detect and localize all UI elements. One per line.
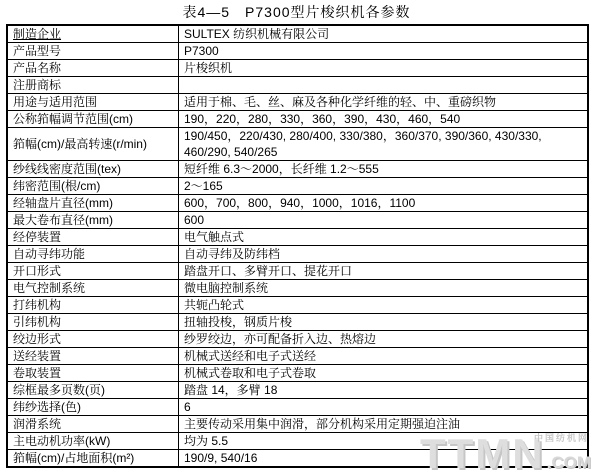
- param-value: 自动寻纬及防纬档: [179, 246, 589, 263]
- table-row: 润滑系统主要传动采用集中润滑，部分机构采用定期强迫注油: [7, 416, 588, 433]
- param-label: 注册商标: [7, 77, 179, 94]
- param-label: 用途与适用范围: [7, 94, 179, 111]
- table-row: 经停装置电气触点式: [7, 229, 588, 246]
- table-title: 表4—5 P7300型片梭织机各参数: [0, 4, 593, 20]
- param-label: 综框最多页数(页): [7, 382, 179, 399]
- param-value: 机械式卷取和电子式卷取: [179, 365, 589, 382]
- param-value: 短纤维 6.3～2000，长纤维 1.2～555: [179, 161, 589, 178]
- param-value: 纱罗绞边，亦可配备折入边、热熔边: [179, 331, 589, 348]
- param-value: 190，220，280，330，360，390，430，460，540: [179, 111, 589, 128]
- param-value: 190/450，220/430, 280/400, 330/380，360/37…: [179, 128, 589, 161]
- table-row: 纬纱选择(色)6: [7, 399, 588, 416]
- page: 表4—5 P7300型片梭织机各参数 制造企业SULTEX 纺织机械有限公司 产…: [0, 0, 593, 473]
- param-value: 共轭凸轮式: [179, 297, 589, 314]
- table-row: 用途与适用范围适用于棉、毛、丝、麻及各种化学纤维的轻、中、重磅织物: [7, 94, 588, 111]
- table-row: 制造企业SULTEX 纺织机械有限公司: [7, 25, 588, 43]
- param-label: 卷取装置: [7, 365, 179, 382]
- table-row: 主电动机功率(kW)均为 5.5: [7, 433, 588, 450]
- table-row: 综框最多页数(页)踏盘 14，多臂 18: [7, 382, 588, 399]
- param-label: 产品名称: [7, 60, 179, 77]
- table-row: 公称筘幅调节范围(cm)190，220，280，330，360，390，430，…: [7, 111, 588, 128]
- param-label: 纬密范围(根/cm): [7, 178, 179, 195]
- table-row: 引纬机构扭轴投梭，钢质片梭: [7, 314, 588, 331]
- param-label: 送经装置: [7, 348, 179, 365]
- param-label: 润滑系统: [7, 416, 179, 433]
- param-label: 开口形式: [7, 263, 179, 280]
- table-row: 筘幅(cm)/占地面积(m²)190/9, 540/16: [7, 450, 588, 468]
- param-label: 引纬机构: [7, 314, 179, 331]
- table-row: 产品型号P7300: [7, 43, 588, 60]
- param-label: 电气控制系统: [7, 280, 179, 297]
- param-value: 踏盘 14，多臂 18: [179, 382, 589, 399]
- param-value: 600，700，800，940，1000，1016，1100: [179, 195, 589, 212]
- param-label: 经停装置: [7, 229, 179, 246]
- param-label: 最大卷布直径(mm): [7, 212, 179, 229]
- table-row: 卷取装置机械式卷取和电子式卷取: [7, 365, 588, 382]
- param-label: 主电动机功率(kW): [7, 433, 179, 450]
- table-row: 纱线线密度范围(tex)短纤维 6.3～2000，长纤维 1.2～555: [7, 161, 588, 178]
- param-value: 微电脑控制系统: [179, 280, 589, 297]
- param-value: 机械式送经和电子式送经: [179, 348, 589, 365]
- table-row: 产品名称片梭织机: [7, 60, 588, 77]
- param-value: 适用于棉、毛、丝、麻及各种化学纤维的轻、中、重磅织物: [179, 94, 589, 111]
- param-label: 公称筘幅调节范围(cm): [7, 111, 179, 128]
- param-label: 自动寻纬功能: [7, 246, 179, 263]
- param-value: 600: [179, 212, 589, 229]
- param-label: 纬纱选择(色): [7, 399, 179, 416]
- table-row: 开口形式踏盘开口、多臂开口、提花开口: [7, 263, 588, 280]
- param-value: [179, 77, 589, 94]
- param-value: 均为 5.5: [179, 433, 589, 450]
- param-value: 主要传动采用集中润滑，部分机构采用定期强迫注油: [179, 416, 589, 433]
- param-value: SULTEX 纺织机械有限公司: [179, 25, 589, 43]
- param-label: 筘幅(cm)/占地面积(m²): [7, 450, 179, 468]
- param-value: 片梭织机: [179, 60, 589, 77]
- param-label: 纱线线密度范围(tex): [7, 161, 179, 178]
- param-value: 扭轴投梭，钢质片梭: [179, 314, 589, 331]
- param-value: 踏盘开口、多臂开口、提花开口: [179, 263, 589, 280]
- param-label: 产品型号: [7, 43, 179, 60]
- param-label: 筘幅(cm)/最高转速(r/min): [7, 128, 179, 161]
- param-label: 绞边形式: [7, 331, 179, 348]
- param-value: 电气触点式: [179, 229, 589, 246]
- param-value: P7300: [179, 43, 589, 60]
- table-row: 电气控制系统微电脑控制系统: [7, 280, 588, 297]
- table-row: 注册商标: [7, 77, 588, 94]
- table-row: 绞边形式纱罗绞边，亦可配备折入边、热熔边: [7, 331, 588, 348]
- spec-table: 制造企业SULTEX 纺织机械有限公司 产品型号P7300 产品名称片梭织机 注…: [6, 24, 589, 468]
- table-row: 筘幅(cm)/最高转速(r/min)190/450，220/430, 280/4…: [7, 128, 588, 161]
- param-value: 190/9, 540/16: [179, 450, 589, 468]
- table-row: 经轴盘片直径(mm)600，700，800，940，1000，1016，1100: [7, 195, 588, 212]
- param-label: 制造企业: [7, 25, 179, 43]
- table-row: 打纬机构共轭凸轮式: [7, 297, 588, 314]
- table-row: 自动寻纬功能自动寻纬及防纬档: [7, 246, 588, 263]
- table-row: 送经装置机械式送经和电子式送经: [7, 348, 588, 365]
- param-value: 6: [179, 399, 589, 416]
- param-value: 2～165: [179, 178, 589, 195]
- table-row: 最大卷布直径(mm)600: [7, 212, 588, 229]
- param-label: 打纬机构: [7, 297, 179, 314]
- param-label: 经轴盘片直径(mm): [7, 195, 179, 212]
- table-row: 纬密范围(根/cm)2～165: [7, 178, 588, 195]
